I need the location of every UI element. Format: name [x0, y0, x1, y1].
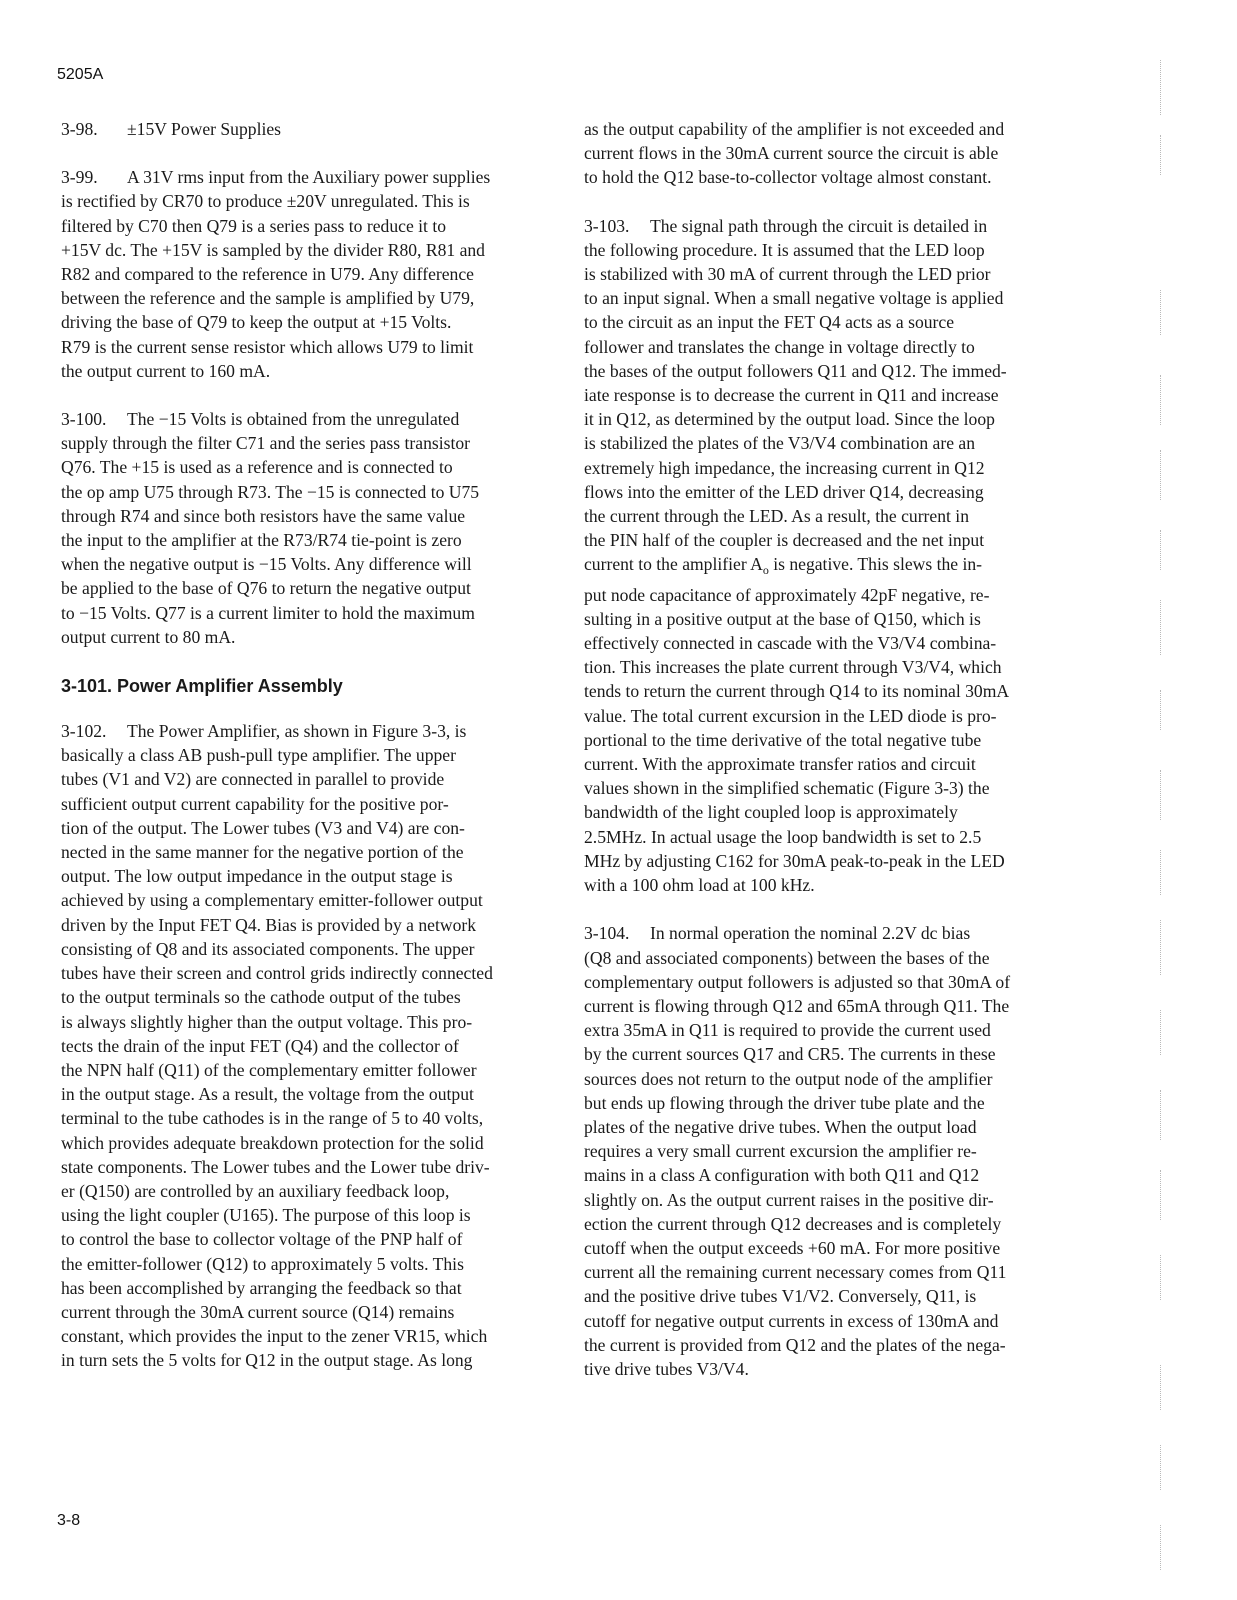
- text-line: tects the drain of the input FET (Q4) an…: [61, 1034, 561, 1058]
- text-line: sulting in a positive output at the base…: [584, 607, 1084, 631]
- right-column: as the output capability of the amplifie…: [584, 117, 1084, 1405]
- scan-artifact: [1160, 135, 1167, 175]
- text-line: nected in the same manner for the negati…: [61, 840, 561, 864]
- text-line: ection the current through Q12 decreases…: [584, 1212, 1084, 1236]
- paragraph-3-104: 3-104.In normal operation the nominal 2.…: [584, 921, 1084, 1381]
- text-line: 3-103.The signal path through the circui…: [584, 214, 1084, 238]
- scan-artifact: [1160, 375, 1167, 425]
- text-line: 3-99.A 31V rms input from the Auxiliary …: [61, 165, 561, 189]
- text-line: in turn sets the 5 volts for Q12 in the …: [61, 1348, 561, 1372]
- scan-artifact: [1160, 850, 1167, 895]
- text-line: between the reference and the sample is …: [61, 286, 561, 310]
- text-line: requires a very small current excursion …: [584, 1139, 1084, 1163]
- text-line: (Q8 and associated components) between t…: [584, 946, 1084, 970]
- paragraph-3-102-continued: as the output capability of the amplifie…: [584, 117, 1084, 190]
- text-line: Q76. The +15 is used as a reference and …: [61, 455, 561, 479]
- text-line: it in Q12, as determined by the output l…: [584, 407, 1084, 431]
- text-line: to control the base to collector voltage…: [61, 1227, 561, 1251]
- text-line: to the circuit as an input the FET Q4 ac…: [584, 310, 1084, 334]
- para-number: 3-102.: [61, 719, 127, 743]
- text-line: output current to 80 mA.: [61, 625, 561, 649]
- text-line: the following procedure. It is assumed t…: [584, 238, 1084, 262]
- text-line: values shown in the simplified schematic…: [584, 776, 1084, 800]
- text-line: the bases of the output followers Q11 an…: [584, 359, 1084, 383]
- text-line: filtered by C70 then Q79 is a series pas…: [61, 214, 561, 238]
- text-line: which provides adequate breakdown protec…: [61, 1131, 561, 1155]
- text-line: slightly on. As the output current raise…: [584, 1188, 1084, 1212]
- scan-artifact: [1160, 1090, 1167, 1140]
- text-line: 3-104.In normal operation the nominal 2.…: [584, 921, 1084, 945]
- page-number: 3-8: [57, 1512, 80, 1530]
- text-line: the input to the amplifier at the R73/R7…: [61, 528, 561, 552]
- text-line: tubes (V1 and V2) are connected in paral…: [61, 767, 561, 791]
- scan-artifact: [1160, 600, 1167, 655]
- text-line: has been accomplished by arranging the f…: [61, 1276, 561, 1300]
- paragraph-3-100: 3-100.The −15 Volts is obtained from the…: [61, 407, 561, 649]
- text-line: current. With the approximate transfer r…: [584, 752, 1084, 776]
- text-line: complementary output followers is adjust…: [584, 970, 1084, 994]
- text-line: R82 and compared to the reference in U79…: [61, 262, 561, 286]
- text-line: basically a class AB push-pull type ampl…: [61, 743, 561, 767]
- text-line: 3-100.The −15 Volts is obtained from the…: [61, 407, 561, 431]
- scan-artifact: [1160, 1525, 1167, 1570]
- text-line: consisting of Q8 and its associated comp…: [61, 937, 561, 961]
- text-line: MHz by adjusting C162 for 30mA peak-to-p…: [584, 849, 1084, 873]
- text-line: state components. The Lower tubes and th…: [61, 1155, 561, 1179]
- para-number: 3-99.: [61, 165, 127, 189]
- scan-artifact: [1160, 1365, 1167, 1410]
- text-line: flows into the emitter of the LED driver…: [584, 480, 1084, 504]
- text-line: the op amp U75 through R73. The −15 is c…: [61, 480, 561, 504]
- text-line: value. The total current excursion in th…: [584, 704, 1084, 728]
- text-line: achieved by using a complementary emitte…: [61, 888, 561, 912]
- scan-artifact: [1160, 60, 1167, 115]
- text-line: in the output stage. As a result, the vo…: [61, 1082, 561, 1106]
- text-line: current through the 30mA current source …: [61, 1300, 561, 1324]
- text-line: when the negative output is −15 Volts. A…: [61, 552, 561, 576]
- section-heading-power-amplifier: 3-101. Power Amplifier Assembly: [61, 673, 561, 699]
- text-line: 2.5MHz. In actual usage the loop bandwid…: [584, 825, 1084, 849]
- para-number: 3-103.: [584, 214, 650, 238]
- scan-artifact: [1160, 1445, 1167, 1490]
- text-line: cutoff for negative output currents in e…: [584, 1309, 1084, 1333]
- para-number: 3-98.: [61, 117, 127, 141]
- text-line: is stabilized with 30 mA of current thro…: [584, 262, 1084, 286]
- text-line: to an input signal. When a small negativ…: [584, 286, 1084, 310]
- paragraph-3-102: 3-102.The Power Amplifier, as shown in F…: [61, 719, 561, 1372]
- scan-artifact: [1160, 770, 1167, 820]
- text-line: put node capacitance of approximately 42…: [584, 583, 1084, 607]
- scan-artifact: [1160, 1010, 1167, 1055]
- para-number: 3-104.: [584, 921, 650, 945]
- text-line: with a 100 ohm load at 100 kHz.: [584, 873, 1084, 897]
- text-line: extra 35mA in Q11 is required to provide…: [584, 1018, 1084, 1042]
- text-line: the current through the LED. As a result…: [584, 504, 1084, 528]
- text-line: is rectified by CR70 to produce ±20V unr…: [61, 189, 561, 213]
- text-line-with-subscript: current to the amplifier Ao is negative.…: [584, 552, 1084, 582]
- text-line: the emitter-follower (Q12) to approximat…: [61, 1252, 561, 1276]
- text-line: mains in a class A configuration with bo…: [584, 1163, 1084, 1187]
- text-line: to −15 Volts. Q77 is a current limiter t…: [61, 601, 561, 625]
- scan-artifact: [1160, 450, 1167, 500]
- text-line: extremely high impedance, the increasing…: [584, 456, 1084, 480]
- text-line: the PIN half of the coupler is decreased…: [584, 528, 1084, 552]
- text-line: driven by the Input FET Q4. Bias is prov…: [61, 913, 561, 937]
- text-line: is stabilized the plates of the V3/V4 co…: [584, 431, 1084, 455]
- para-number: 3-100.: [61, 407, 127, 431]
- scan-artifact: [1160, 920, 1167, 975]
- heading-title: ±15V Power Supplies: [127, 119, 281, 139]
- text-line: using the light coupler (U165). The purp…: [61, 1203, 561, 1227]
- text-line: tends to return the current through Q14 …: [584, 679, 1084, 703]
- text-line: sources does not return to the output no…: [584, 1067, 1084, 1091]
- paragraph-3-103: 3-103.The signal path through the circui…: [584, 214, 1084, 898]
- text-line: by the current sources Q17 and CR5. The …: [584, 1042, 1084, 1066]
- text-line: portional to the time derivative of the …: [584, 728, 1084, 752]
- text-line: 3-102.The Power Amplifier, as shown in F…: [61, 719, 561, 743]
- text-line: and the positive drive tubes V1/V2. Conv…: [584, 1284, 1084, 1308]
- text-line: output. The low output impedance in the …: [61, 864, 561, 888]
- text-line: the output current to 160 mA.: [61, 359, 561, 383]
- text-line: supply through the filter C71 and the se…: [61, 431, 561, 455]
- heading-3-98: 3-98.±15V Power Supplies: [61, 117, 561, 141]
- text-line: driving the base of Q79 to keep the outp…: [61, 310, 561, 334]
- text-line: but ends up flowing through the driver t…: [584, 1091, 1084, 1115]
- text-line: R79 is the current sense resistor which …: [61, 335, 561, 359]
- text-line: iate response is to decrease the current…: [584, 383, 1084, 407]
- document-model-id: 5205A: [57, 66, 103, 84]
- text-line: current is flowing through Q12 and 65mA …: [584, 994, 1084, 1018]
- text-line: effectively connected in cascade with th…: [584, 631, 1084, 655]
- text-line: as the output capability of the amplifie…: [584, 117, 1084, 141]
- text-line: to hold the Q12 base-to-collector voltag…: [584, 165, 1084, 189]
- paragraph-3-99: 3-99.A 31V rms input from the Auxiliary …: [61, 165, 561, 383]
- text-line: tion. This increases the plate current t…: [584, 655, 1084, 679]
- text-line: terminal to the tube cathodes is in the …: [61, 1106, 561, 1130]
- scan-artifact: [1160, 1255, 1167, 1300]
- text-line: through R74 and since both resistors hav…: [61, 504, 561, 528]
- text-line: is always slightly higher than the outpu…: [61, 1010, 561, 1034]
- left-column: 3-98.±15V Power Supplies 3-99.A 31V rms …: [61, 117, 561, 1397]
- text-line: to the output terminals so the cathode o…: [61, 985, 561, 1009]
- text-line: tive drive tubes V3/V4.: [584, 1357, 1084, 1381]
- text-line: constant, which provides the input to th…: [61, 1324, 561, 1348]
- scan-artifact: [1160, 530, 1167, 570]
- scan-artifact: [1160, 290, 1167, 335]
- text-line: be applied to the base of Q76 to return …: [61, 576, 561, 600]
- text-line: er (Q150) are controlled by an auxiliary…: [61, 1179, 561, 1203]
- text-line: current all the remaining current necess…: [584, 1260, 1084, 1284]
- text-line: current flows in the 30mA current source…: [584, 141, 1084, 165]
- text-line: the NPN half (Q11) of the complementary …: [61, 1058, 561, 1082]
- text-line: tion of the output. The Lower tubes (V3 …: [61, 816, 561, 840]
- text-line: +15V dc. The +15V is sampled by the divi…: [61, 238, 561, 262]
- text-line: bandwidth of the light coupled loop is a…: [584, 800, 1084, 824]
- text-line: plates of the negative drive tubes. When…: [584, 1115, 1084, 1139]
- text-line: tubes have their screen and control grid…: [61, 961, 561, 985]
- text-line: sufficient output current capability for…: [61, 792, 561, 816]
- text-line: follower and translates the change in vo…: [584, 335, 1084, 359]
- scan-artifact: [1160, 1170, 1167, 1220]
- text-line: the current is provided from Q12 and the…: [584, 1333, 1084, 1357]
- scan-margin-marks: [1160, 0, 1200, 1600]
- scan-artifact: [1160, 690, 1167, 730]
- text-line: cutoff when the output exceeds +60 mA. F…: [584, 1236, 1084, 1260]
